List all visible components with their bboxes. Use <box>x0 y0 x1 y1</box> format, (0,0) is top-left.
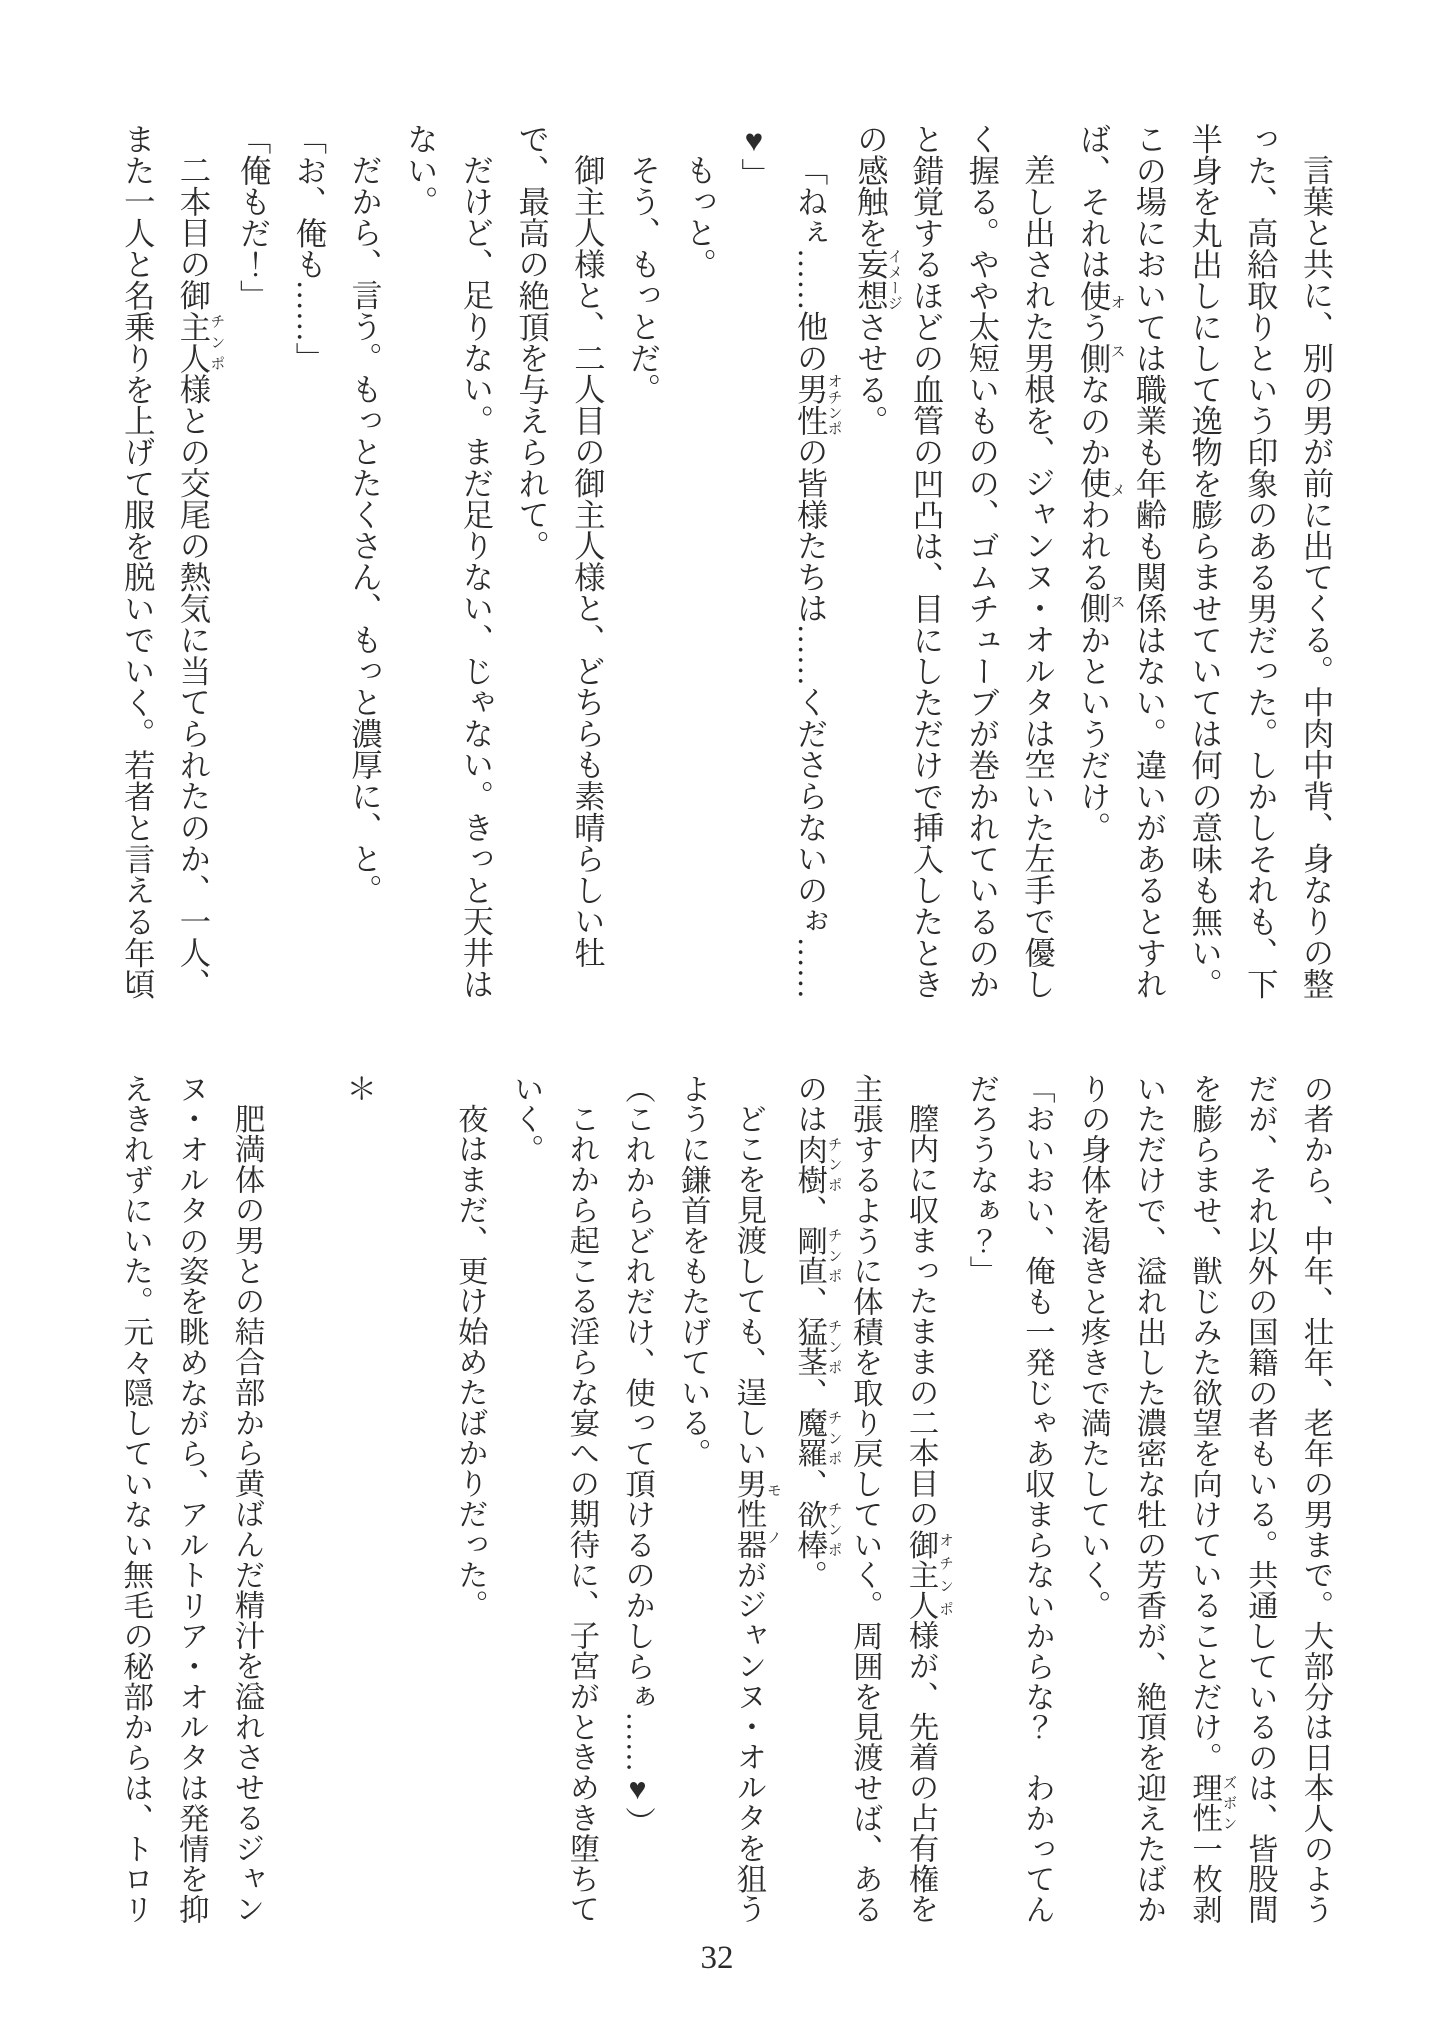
ruby-word: 欲棒チンポ <box>793 1499 827 1560</box>
novel-page: { "page": { "number": "32" }, "colors": … <box>0 0 1434 2025</box>
furigana: オチンポ <box>937 1529 953 1620</box>
paragraph: の者から、中年、壮年、老年の男まで。大部分は日本人のようだが、それ以外の国籍の者… <box>1064 1073 1343 1925</box>
ruby-word: 猛茎チンポ <box>793 1316 827 1377</box>
paragraph: 夜はまだ、更け始めたばかりだった。 <box>442 1073 498 1925</box>
paragraph: 「俺もだ！」 <box>224 123 280 1000</box>
upper-text-block: 言葉と共に、別の男が前に出てくる。中肉中背、身なりの整った、高給取りという印象の… <box>117 123 1343 1000</box>
furigana: チンポ <box>826 1134 842 1195</box>
furigana: オチンポ <box>826 373 842 436</box>
furigana: オス <box>1109 280 1125 374</box>
paragraph: 御主人様と、二人目の御主人様と、どちらも素晴らしい牡で、最高の絶頂を与えられて。 <box>503 123 614 1000</box>
furigana: チンポ <box>826 1316 842 1377</box>
paragraph: 膣内に収まったままの二本目の御主人オチンポ様が、先着の占有権を主張するように体積… <box>781 1073 953 1925</box>
paragraph: 二本目の御主人チンポ様との交尾の熱気に当てられたのか、一人、また一人と名乗りを上… <box>109 123 225 1000</box>
lower-text-block: の者から、中年、壮年、老年の男まで。大部分は日本人のようだが、それ以外の国籍の者… <box>117 1073 1343 1925</box>
ruby-word: 肉樹チンポ <box>793 1134 827 1195</box>
paragraph: この場においては職業も年齢も関係はない。違いがあるとすれば、それは使う側オスなの… <box>1064 123 1175 1000</box>
furigana: ズボン <box>1221 1772 1237 1833</box>
furigana: チンポ <box>826 1407 842 1468</box>
ruby-word: 御主人オチンポ <box>904 1529 938 1620</box>
ruby-word: 使われる側メス <box>1075 467 1110 624</box>
furigana: チンポ <box>826 1225 842 1286</box>
paragraph: 「お、俺も……」 <box>280 123 336 1000</box>
ruby-word: 妄想イメージ <box>852 248 887 311</box>
paragraph: 言葉と共に、別の男が前に出てくる。中肉中背、身なりの整った、高給取りという印象の… <box>1176 123 1343 1000</box>
paragraph: どこを見渡しても、逞しい男性器モノがジャンヌ・オルタを狙うように鎌首をもたげてい… <box>665 1073 781 1925</box>
paragraph: 「ねぇ……他の男性オチンポの皆様たちは……くださらないのぉ……♥」 <box>726 123 842 1000</box>
paragraph: 肥満体の男との結合部から黄ばんだ精汁を溢れさせるジャンヌ・オルタの姿を眺めながら… <box>107 1073 274 1925</box>
ruby-word: 主人チンポ <box>175 311 210 374</box>
ruby-word: 理性ズボン <box>1188 1772 1222 1833</box>
ruby-word: 魔羅チンポ <box>793 1407 827 1468</box>
furigana: モノ <box>765 1468 781 1559</box>
paragraph: （これからどれだけ、使って頂けるのかしらぁ……♥） <box>609 1073 665 1925</box>
ruby-word: 剛直チンポ <box>793 1225 827 1286</box>
paragraph: だから、言う。もっとたくさん、もっと濃厚に、と。 <box>336 123 392 1000</box>
paragraph: もっと。 <box>670 123 726 1000</box>
page-number: 32 <box>0 1940 1434 1977</box>
ruby-word: 男性オチンポ <box>792 373 827 436</box>
paragraph: だけど、足りない。まだ足りない、じゃない。きっと天井はない。 <box>392 123 503 1000</box>
paragraph: これから起こる淫らな宴への期待に、子宮がときめき堕ちていく。 <box>497 1073 608 1925</box>
furigana: イメージ <box>886 248 902 311</box>
furigana: チンポ <box>208 311 224 374</box>
paragraph: 「おいおい、俺も一発じゃあ収まらないからな？ わかってんだろうなぁ？」 <box>953 1073 1064 1925</box>
ruby-word: 男性器モノ <box>732 1468 766 1559</box>
paragraph: そう、もっとだ。 <box>614 123 670 1000</box>
section-divider: ＊ <box>330 1073 386 1925</box>
ruby-word: 使う側オス <box>1075 280 1110 374</box>
paragraph: 差し出された男根を、ジャンヌ・オルタは空いた左手で優しく握る。やや太短いものの、… <box>842 123 1065 1000</box>
furigana: チンポ <box>826 1499 842 1560</box>
furigana: メス <box>1109 467 1125 624</box>
